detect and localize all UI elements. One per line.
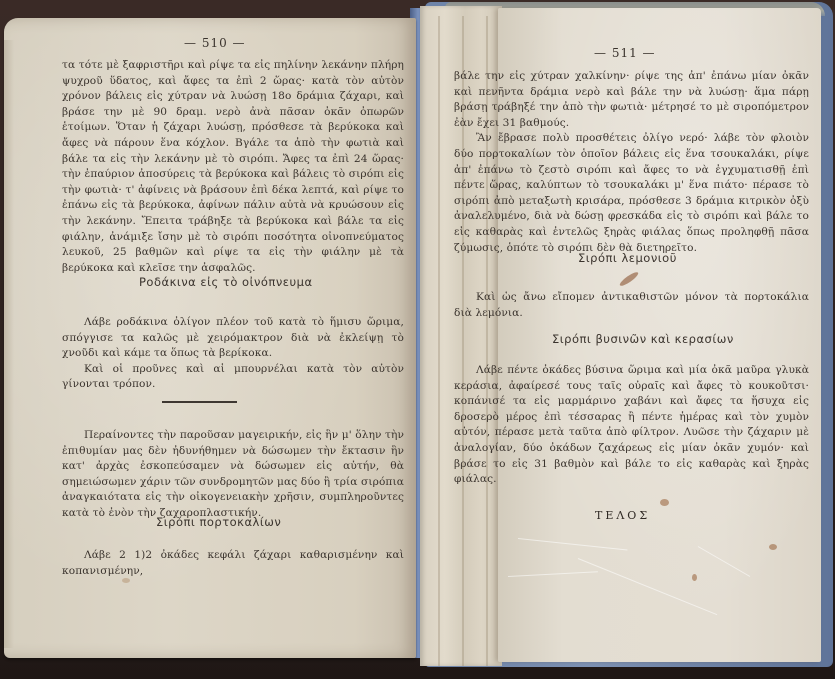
- section-heading: Σιρόπι πορτοκαλίων: [156, 515, 281, 529]
- recipe-paragraph: βάλε την εἰς χύτραν χαλκίνην· ρίψε της ἀ…: [454, 69, 809, 256]
- paragraph-apricots: τα τότε μὲ ξαφριστῆρι καὶ ρίψε τα εἰς πη…: [62, 58, 404, 276]
- recipe-paragraph: Λάβε 2 1)2 ὀκάδες κεφάλι ζάχαρι καθαρισμ…: [62, 548, 404, 579]
- left-page: — 510 — τα τότε μὲ ξαφριστῆρι καὶ ρίψε τ…: [4, 18, 416, 658]
- paragraph-syrup-peel: Ἂν ἔβρασε πολὺ προσθέτεις ὀλίγο νερό· λά…: [454, 131, 809, 256]
- recipe-paragraph: Λάβε ροδάκινα ὀλίγον πλέον τοῦ κατὰ τὸ ἥ…: [62, 315, 404, 393]
- paper-stain: [122, 578, 130, 583]
- paper-crack: [698, 546, 750, 577]
- paper-crack: [518, 538, 628, 550]
- paragraph-plums: Καὶ οἱ προῦνες καὶ αἱ μπουρνέλαι κατὰ τὸ…: [62, 362, 404, 393]
- right-page: — 511 — βάλε την εἰς χύτραν χαλκίνην· ρί…: [498, 8, 821, 662]
- paragraph-orange-syrup: Λάβε 2 1)2 ὀκάδες κεφάλι ζάχαρι καθαρισμ…: [62, 548, 404, 579]
- paragraph-peaches: Λάβε ροδάκινα ὀλίγον πλέον τοῦ κατὰ τὸ ἥ…: [62, 315, 404, 362]
- paper-stain: [618, 270, 639, 288]
- section-heading: Σιρόπι λεμονιοῦ: [578, 251, 677, 265]
- crease-line: [438, 16, 440, 666]
- section-divider: [162, 401, 237, 403]
- recipe-paragraph: τα τότε μὲ ξαφριστῆρι καὶ ρίψε τα εἰς πη…: [62, 58, 404, 276]
- paragraph-syrup-boil: βάλε την εἰς χύτραν χαλκίνην· ρίψε της ἀ…: [454, 69, 809, 131]
- paper-stain: [660, 499, 669, 506]
- recipe-paragraph: Καὶ ὡς ἄνω εἴπομεν ἀντικαθιστῶν μόνον τὰ…: [454, 290, 809, 321]
- paper-stain: [692, 574, 697, 581]
- page-number: — 510 —: [184, 36, 246, 50]
- paper-crack: [508, 571, 598, 577]
- paper-crack: [578, 558, 717, 615]
- section-heading: Ροδάκινα εἰς τὸ οἰνόπνευμα: [139, 275, 313, 289]
- paragraph-cherry: Λάβε πέντε ὀκάδες βύσινα ὥριμα καὶ μία ὀ…: [454, 363, 809, 488]
- page-number: — 511 —: [594, 46, 656, 60]
- paper-stain: [769, 544, 777, 550]
- paragraph-lemon: Καὶ ὡς ἄνω εἴπομεν ἀντικαθιστῶν μόνον τὰ…: [454, 290, 809, 321]
- paragraph-closing: Περαίνοντες τὴν παροῦσαν μαγειρικήν, εἰς…: [62, 428, 404, 522]
- section-heading: Σιρόπι βυσινῶν καὶ κερασίων: [552, 332, 734, 346]
- recipe-paragraph: Λάβε πέντε ὀκάδες βύσινα ὥριμα καὶ μία ὀ…: [454, 363, 809, 488]
- closing-paragraph: Περαίνοντες τὴν παροῦσαν μαγειρικήν, εἰς…: [62, 428, 404, 522]
- end-mark: ΤΕΛΟΣ: [595, 509, 650, 522]
